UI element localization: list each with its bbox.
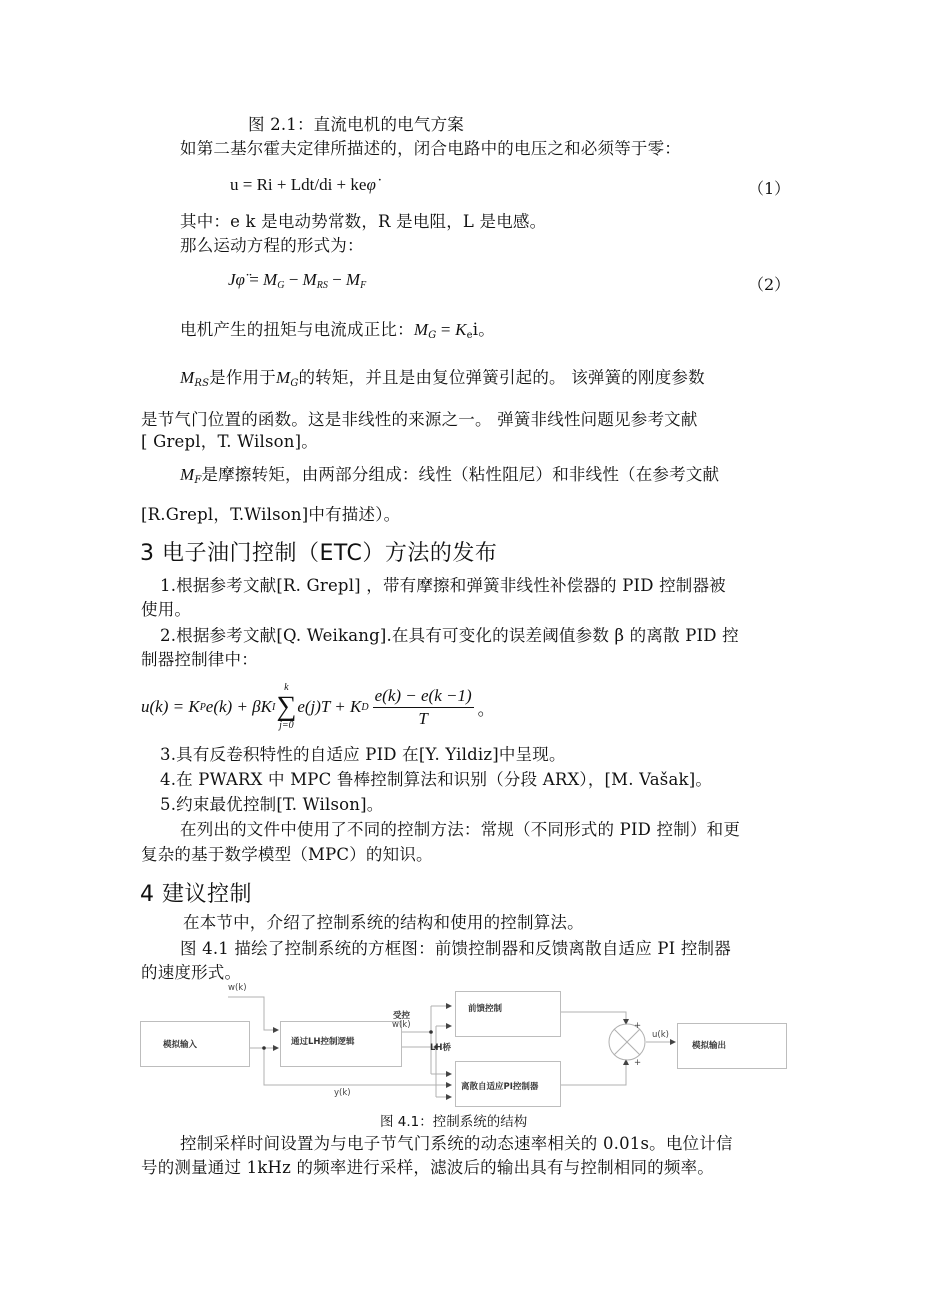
paragraph-kirchhoff: 如第二基尔霍夫定律所描述的，闭合电路中的电压之和必须等于零： — [180, 139, 681, 159]
section-3-item-2-cont: 制器控制律中： — [141, 650, 258, 670]
analog-output-label: 模拟输出 — [692, 1039, 726, 1051]
torque-equals: = — [436, 320, 455, 339]
paragraph-mf-line2: [R.Grepl，T.Wilson]中有描述）。 — [141, 505, 400, 525]
control-system-block-diagram: 模拟输入 通过LH控制逻辑 前馈控制 离散自适应PI控制器 模拟输出 w(k) … — [140, 983, 795, 1103]
adaptive-pi-controller-block: 离散自适应PI控制器 — [455, 1061, 561, 1107]
eq2-equals: = — [245, 270, 263, 289]
mf-M-sub: F — [194, 475, 201, 486]
pid-formula: u(k) = KPe(k) + βKI k ∑ j=0 e(j)T + KD e… — [141, 682, 495, 732]
feedforward-control-block: 前馈控制 — [455, 991, 561, 1037]
section-3-item-3: 3.具有反卷积特性的自适应 PID 在[Y. Yildiz]中呈现。 — [160, 745, 566, 765]
eq2-MF: M — [346, 270, 360, 289]
figure-4-1-caption: 图 4.1：控制系统的结构 — [380, 1110, 527, 1130]
equation-2-number: （2） — [748, 272, 790, 295]
pid-I-sub: I — [272, 702, 275, 713]
section-4-heading: 4 建议控制 — [140, 877, 252, 908]
analog-input-label: 模拟输入 — [163, 1038, 197, 1050]
analog-input-block: 模拟输入 — [140, 1021, 250, 1067]
section-3-item-2: 2.根据参考文献[Q. Weikang].在具有可变化的误差阈值参数 β 的离散… — [160, 626, 739, 646]
equation-1-phi-dot: φ̇ — [366, 175, 375, 194]
section-3-summary-cont: 复杂的基于数学模型（MPC）的知识。 — [141, 845, 433, 865]
section-3-item-1-cont: 使用。 — [141, 600, 191, 620]
section-3-item-1: 1.根据参考文献[R. Grepl] ，带有摩擦和弹簧非线性补偿器的 PID 控… — [160, 576, 726, 596]
eq2-J: J — [228, 270, 236, 289]
adaptive-pi-controller-label: 离散自适应PI控制器 — [461, 1080, 538, 1092]
pid-summation: k ∑ j=0 — [276, 683, 296, 731]
equation-1: u = Ri + Ldt/di + keφ̇ — [230, 175, 376, 195]
summing-plus-bottom: + — [634, 1058, 641, 1068]
pid-end: 。 — [478, 695, 495, 720]
paragraph-mrs-line2: 是节气门位置的函数。这是非线性的来源之一。 弹簧非线性问题见参考文献 — [141, 410, 698, 430]
eq2-minus: − — [328, 270, 346, 289]
lh-control-logic-label: 通过LH控制逻辑 — [291, 1035, 355, 1047]
eq2-MRS: M — [303, 270, 317, 289]
section-3-item-5: 5.约束最优控制[T. Wilson]。 — [160, 795, 383, 815]
paragraph-mrs-line1: MRS是作用于MG的转矩，并且是由复位弹簧引起的。 该弹簧的刚度参数 — [180, 368, 705, 394]
eq2-phi-ddot: φ̈ — [236, 270, 245, 289]
torque-text: 电机产生的扭矩与电流成正比： — [180, 320, 414, 339]
eq2-MRS-sub: RS — [317, 280, 328, 291]
eq2-minus: − — [284, 270, 302, 289]
paragraph-sampling: 控制采样时间设置为与电子节气门系统的动态速率相关的 0.01s。电位计信 — [180, 1134, 733, 1154]
equation-2: Jφ̈ = MG − MRS − MF — [228, 270, 366, 291]
section-3-summary: 在列出的文件中使用了不同的控制方法：常规（不同形式的 PID 控制）和更 — [180, 820, 740, 840]
eq2-MF-sub: F — [360, 280, 366, 291]
paragraph-torque: 电机产生的扭矩与电流成正比：MG = Kei。 — [180, 320, 495, 346]
pid-ej: e(j)T + K — [297, 697, 361, 717]
torque-end: 。 — [478, 320, 495, 339]
paragraph-motion: 那么运动方程的形式为： — [180, 236, 364, 256]
mrs-M: M — [180, 368, 194, 387]
paragraph-where: 其中：e k 是电动势常数，R 是电阻，L 是电感。 — [180, 212, 546, 232]
fraction-denominator: T — [373, 708, 474, 730]
feedforward-control-label: 前馈控制 — [468, 1002, 502, 1014]
mrs-M-sub: RS — [194, 378, 209, 389]
mrs-M2: M — [276, 368, 290, 387]
mrs-text1: 是作用于 — [209, 368, 276, 387]
signal-y-k: y(k) — [334, 1088, 351, 1098]
section-4-paragraph-1: 在本节中，介绍了控制系统的结构和使用的控制算法。 — [183, 913, 584, 933]
signal-w-k-top: w(k) — [228, 983, 247, 993]
equation-1-number: （1） — [748, 176, 790, 199]
eq2-MG: M — [263, 270, 277, 289]
mrs-text2: 的转矩，并且是由复位弹簧引起的。 该弹簧的刚度参数 — [299, 368, 705, 387]
section-3-heading: 3 电子油门控制（ETC）方法的发布 — [140, 536, 497, 567]
pid-ek: e(k) + βK — [206, 697, 272, 717]
signal-w-k-mid: w(k) — [392, 1020, 411, 1030]
figure-2-1-caption: 图 2.1：直流电机的电气方案 — [248, 115, 464, 135]
section-4-paragraph-2-cont: 的速度形式。 — [141, 963, 241, 983]
pid-fraction: e(k) − e(k −1) T — [373, 685, 474, 730]
paragraph-mrs-line3: [ Grepl，T. Wilson]。 — [141, 432, 318, 452]
mf-text1: 是摩擦转矩，由两部分组成：线性（粘性阻尼）和非线性（在参考文献 — [202, 465, 720, 484]
pid-uk: u(k) = K — [141, 697, 200, 717]
section-4-paragraph-2: 图 4.1 描绘了控制系统的方框图：前馈控制器和反馈离散自适应 PI 控制器 — [180, 939, 731, 959]
torque-K: K — [455, 320, 467, 339]
summing-plus-top: + — [634, 1021, 641, 1031]
sum-lower: j=0 — [276, 721, 296, 731]
equation-1-body: u = Ri + Ldt/di + ke — [230, 175, 366, 194]
pid-D-sub: D — [361, 702, 368, 713]
lh-control-logic-block: 通过LH控制逻辑 — [280, 1021, 402, 1067]
fraction-numerator: e(k) − e(k −1) — [373, 685, 474, 708]
paragraph-mf-line1: MF是摩擦转矩，由两部分组成：线性（粘性阻尼）和非线性（在参考文献 — [180, 465, 719, 491]
section-3-item-4: 4.在 PWARX 中 MPC 鲁棒控制算法和识别（分段 ARX），[M. Va… — [160, 770, 712, 790]
mf-M: M — [180, 465, 194, 484]
sigma-symbol: ∑ — [276, 693, 296, 721]
signal-u-k: u(k) — [652, 1030, 669, 1040]
analog-output-block: 模拟输出 — [677, 1023, 787, 1069]
torque-M: M — [414, 320, 428, 339]
lh-bridge-label: LH桥 — [430, 1041, 451, 1053]
paragraph-sampling-cont: 号的测量通过 1kHz 的频率进行采样，滤波后的输出具有与控制相同的频率。 — [141, 1158, 714, 1178]
mrs-M2-sub: G — [290, 378, 298, 389]
